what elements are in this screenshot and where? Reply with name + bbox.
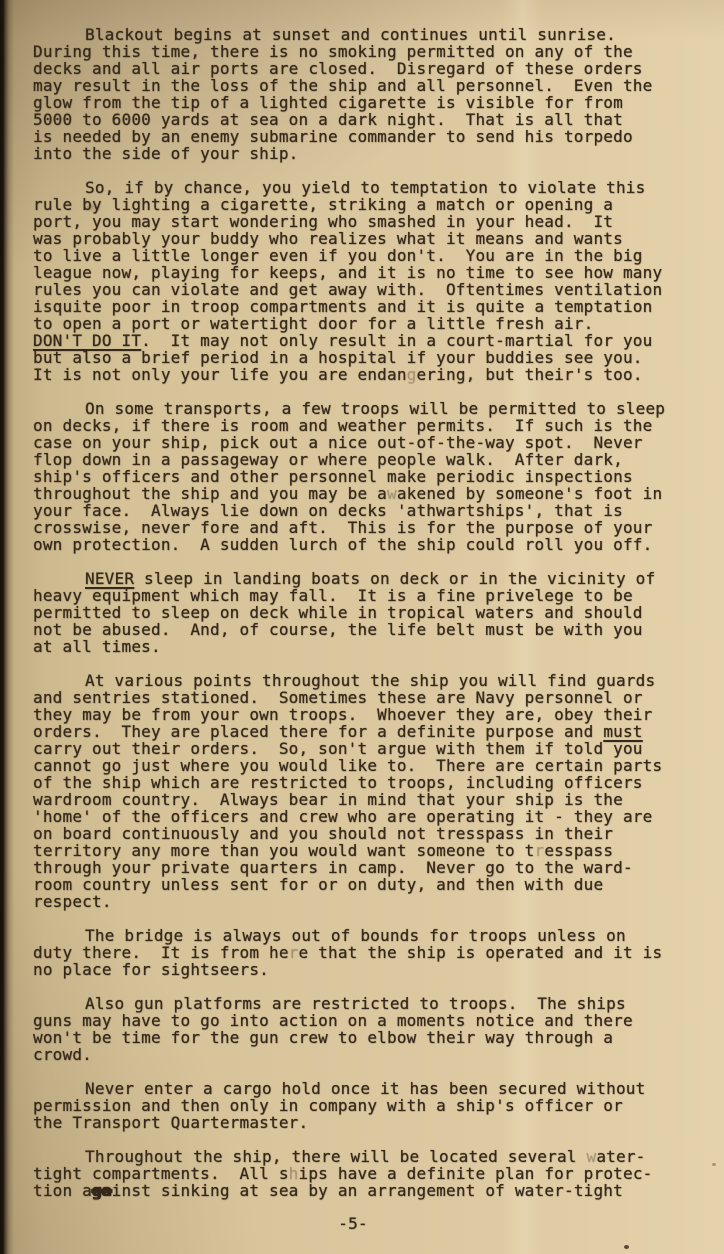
paragraph: Also gun platforms are restricted to tro… xyxy=(33,995,693,1063)
faint-text-run: h xyxy=(289,1164,299,1183)
faint-text-run: g xyxy=(407,365,417,384)
paragraph: On some transports, a few troops will be… xyxy=(33,400,693,553)
document-body: Blackout begins at sunset and continues … xyxy=(33,26,693,1199)
paragraph: Never enter a cargo hold once it has bee… xyxy=(33,1080,693,1131)
overstrike-text-run: ga xyxy=(92,1181,112,1200)
faint-text-run: w xyxy=(387,484,397,503)
faint-text-run: r xyxy=(534,841,544,860)
text-run: ering, but their's too. xyxy=(417,365,643,384)
text-run: Also gun platforms are restricted to tro… xyxy=(33,994,633,1064)
paragraph: So, if by chance, you yield to temptatio… xyxy=(33,179,693,383)
scanned-document-page: Blackout begins at sunset and continues … xyxy=(0,0,724,1254)
text-run: inst sinking at sea by an arrangement of… xyxy=(112,1181,623,1200)
paper-speck xyxy=(624,1245,629,1249)
text-run: Never enter a cargo hold once it has bee… xyxy=(33,1079,645,1132)
document-content: Blackout begins at sunset and continues … xyxy=(0,0,693,1232)
faint-text-run: r xyxy=(289,943,299,962)
faint-text-run: w xyxy=(586,1147,596,1166)
paragraph: At various points throughout the ship yo… xyxy=(33,672,693,910)
paragraph: Blackout begins at sunset and continues … xyxy=(33,26,693,162)
paragraph: The bridge is always out of bounds for t… xyxy=(33,927,693,978)
page-number: -5- xyxy=(33,1215,673,1232)
paper-speck xyxy=(712,1163,716,1166)
paragraph: NEVER sleep in landing boats on deck or … xyxy=(33,570,693,655)
paragraph: Throughout the ship, there will be locat… xyxy=(33,1148,693,1199)
text-run: So, if by chance, you yield to temptatio… xyxy=(33,178,662,333)
text-run: Blackout begins at sunset and continues … xyxy=(33,25,652,163)
text-run: At various points throughout the ship yo… xyxy=(33,671,655,741)
